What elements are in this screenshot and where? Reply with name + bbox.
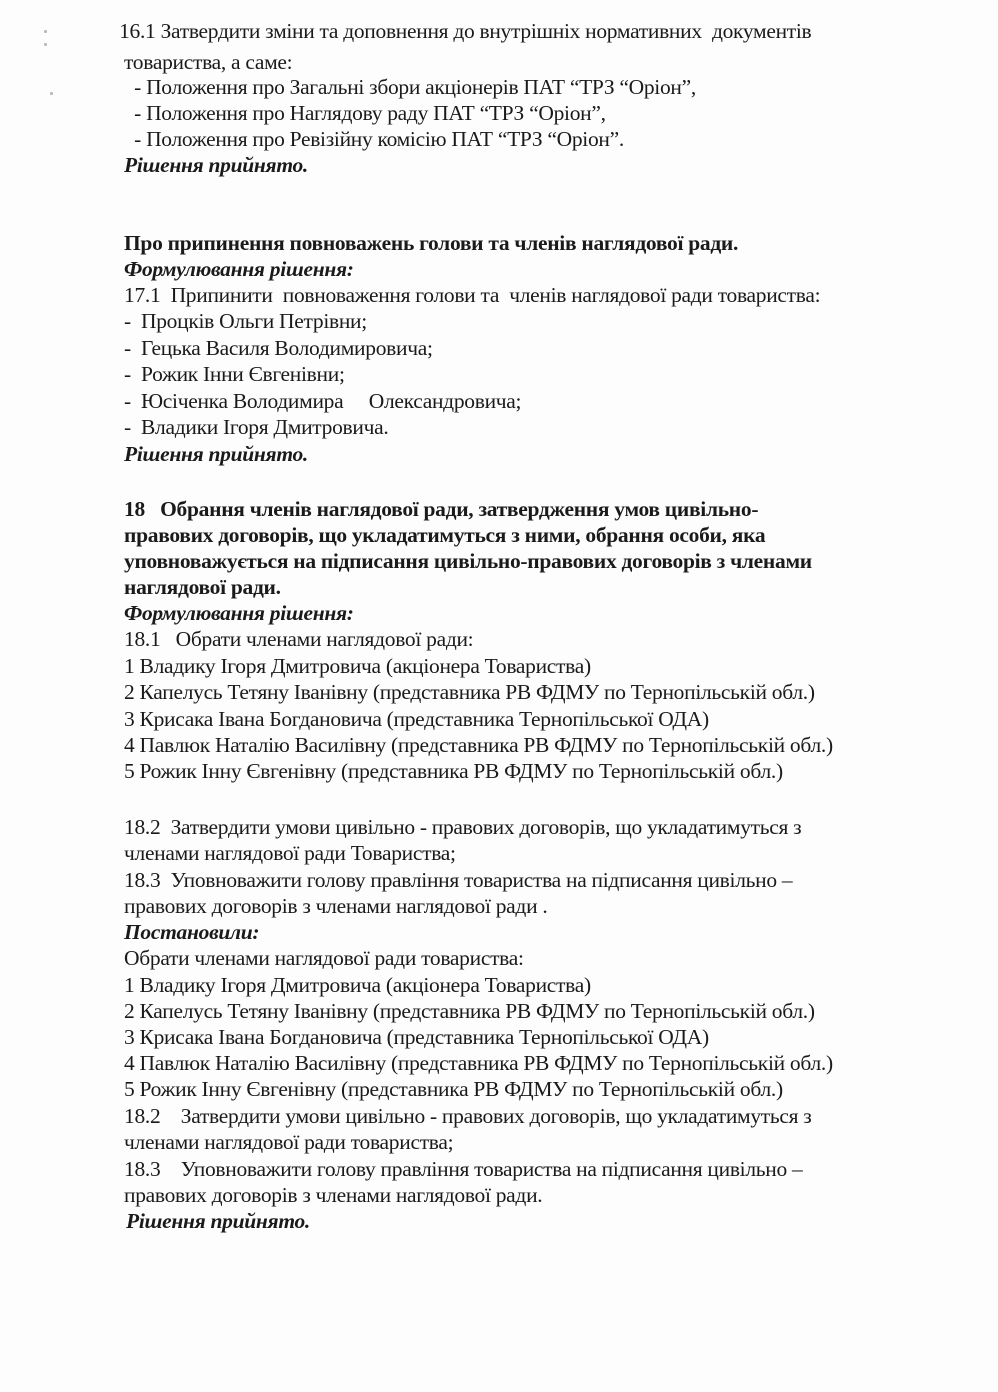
section-18-heading-line: правових договорів, що укладатимуться з … <box>124 522 765 548</box>
decision-accepted: Рішення прийнято. <box>124 441 308 467</box>
resolved-18-2-line: членами наглядової ради товариства; <box>124 1129 453 1155</box>
formulation-label: Формулювання рішення: <box>124 600 354 626</box>
resolved-18-3-line: 18.3 Уповноважити голову правління товар… <box>124 1156 802 1182</box>
section-18-heading-line: 18 Обрання членів наглядової ради, затве… <box>124 496 758 522</box>
list-item: - Процків Ольги Петрівни; <box>124 308 367 334</box>
resolved-member: 2 Капелусь Тетяну Іванівну (представника… <box>124 998 815 1024</box>
resolved-label: Постановили: <box>124 919 259 945</box>
resolved-member: 4 Павлюк Наталію Василівну (представника… <box>124 1050 833 1076</box>
section-18-heading-line: уповноважується на підписання цивільно-п… <box>124 548 812 574</box>
resolved-intro: Обрати членами наглядової ради товариств… <box>124 945 524 971</box>
item-18-1: 18.1 Обрати членами наглядової ради: <box>124 626 473 652</box>
resolved-18-2-line: 18.2 Затвердити умови цивільно - правови… <box>124 1103 812 1129</box>
bullet-item: - Положення про Ревізійну комісію ПАТ “Т… <box>124 126 624 152</box>
scan-artifact <box>44 30 47 33</box>
candidate-item: 2 Капелусь Тетяну Іванівну (представника… <box>124 679 815 705</box>
item-17-1: 17.1 Припинити повноваження голови та чл… <box>124 282 820 308</box>
list-item: - Гецька Василя Володимировича; <box>124 335 433 361</box>
resolved-member: 3 Крисака Івана Богдановича (представник… <box>124 1024 709 1050</box>
bullet-item: - Положення про Наглядову раду ПАТ “ТРЗ … <box>124 100 606 126</box>
scan-artifact <box>50 92 53 95</box>
candidate-item: 5 Рожик Інну Євгенівну (представника РВ … <box>124 758 783 784</box>
candidate-item: 4 Павлюк Наталію Василівну (представника… <box>124 732 833 758</box>
resolved-member: 5 Рожик Інну Євгенівну (представника РВ … <box>124 1076 783 1102</box>
formulation-label: Формулювання рішення: <box>124 256 354 282</box>
list-item: - Владики Ігоря Дмитровича. <box>124 414 388 440</box>
item-18-3-line: правових договорів з членами наглядової … <box>124 893 547 919</box>
item-16-1-line2: товариства, а саме: <box>124 49 292 75</box>
section-17-heading: Про припинення повноважень голови та чле… <box>124 230 738 256</box>
candidate-item: 1 Владику Ігоря Дмитровича (акціонера То… <box>124 653 591 679</box>
list-item: - Юсіченка Володимира Олександровича; <box>124 388 521 414</box>
item-18-2-line: членами наглядової ради Товариства; <box>124 840 456 866</box>
list-item: - Рожик Інни Євгенівни; <box>124 361 345 387</box>
item-18-2-line: 18.2 Затвердити умови цивільно - правови… <box>124 814 801 840</box>
resolved-member: 1 Владику Ігоря Дмитровича (акціонера То… <box>124 972 591 998</box>
candidate-item: 3 Крисака Івана Богдановича (представник… <box>124 706 709 732</box>
document-page: 16.1 Затвердити зміни та доповнення до в… <box>0 0 998 1392</box>
bullet-item: - Положення про Загальні збори акціонері… <box>124 74 696 100</box>
item-16-1-line1: 16.1 Затвердити зміни та доповнення до в… <box>114 18 811 44</box>
decision-accepted: Рішення прийнято. <box>124 152 308 178</box>
decision-accepted: Рішення прийнято. <box>126 1208 310 1234</box>
item-18-3-line: 18.3 Уповноважити голову правління товар… <box>124 867 792 893</box>
resolved-18-3-line: правових договорів з членами наглядової … <box>124 1182 542 1208</box>
section-18-heading-line: наглядової ради. <box>124 574 281 600</box>
scan-artifact <box>44 43 47 46</box>
